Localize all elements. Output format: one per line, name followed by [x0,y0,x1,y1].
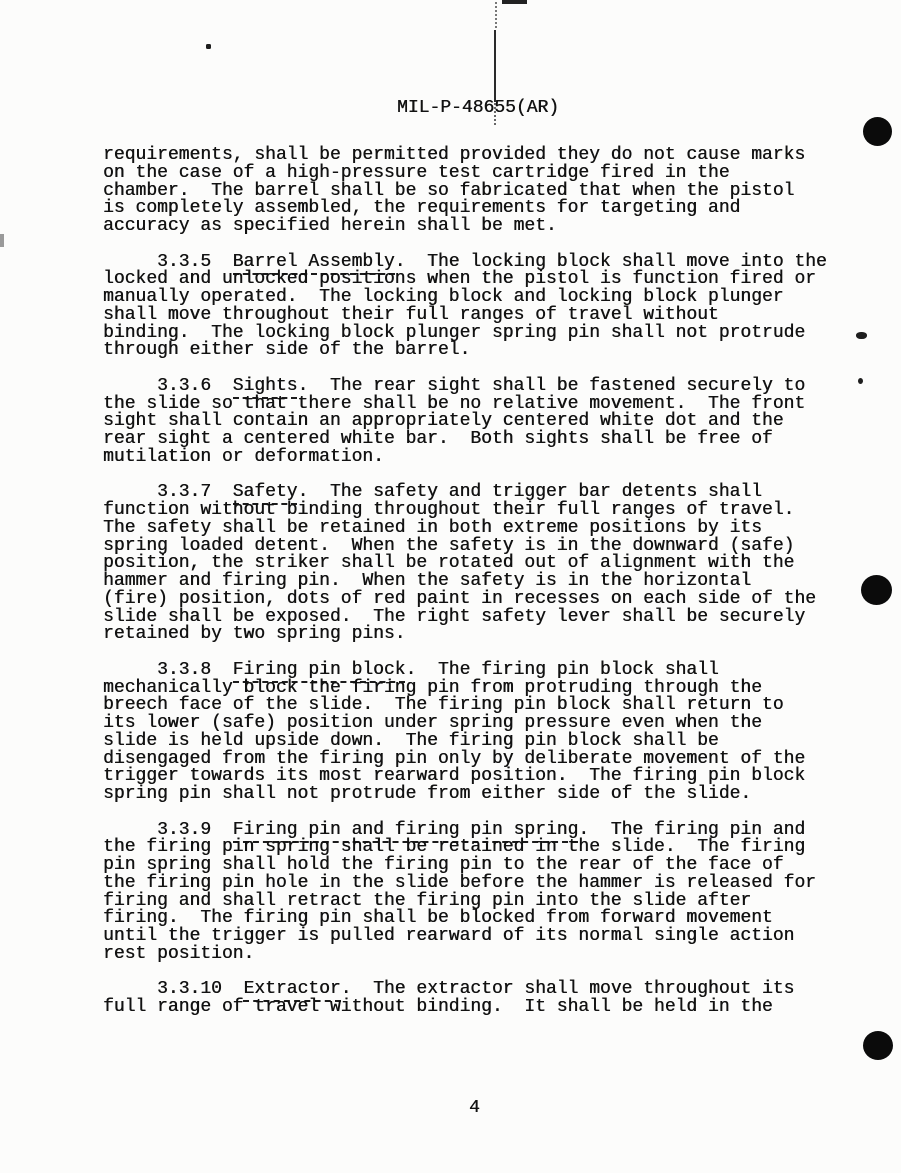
top-edge-mark [502,0,527,4]
document-page: MIL-P-48655(AR) requirements, shall be p… [0,0,901,1173]
intro-paragraph: requirements, shall be permitted provide… [103,147,863,236]
section-body: . The firing pin and the firing pin spri… [103,820,816,964]
punch-dot-icon [863,1031,893,1060]
paragraph-3-3-6: 3.3.6 Sights. The rear sight shall be fa… [103,378,863,467]
punch-dot-icon [863,117,892,146]
fold-line-dotted-top [495,2,497,28]
paragraph-3-3-10: 3.3.10 Extractor. The extractor shall mo… [103,981,863,1017]
document-body: requirements, shall be permitted provide… [103,147,863,1017]
page-number: 4 [469,1100,480,1118]
fold-line [494,30,496,102]
spec-number-header: MIL-P-48655(AR) [397,100,559,118]
paragraph-3-3-8: 3.3.8 Firing pin block. The firing pin b… [103,662,863,804]
paragraph-3-3-5: 3.3.5 Barrel Assembly. The locking block… [103,254,863,361]
scan-speck [0,234,4,247]
scan-speck [206,44,211,49]
scan-speck [858,378,863,384]
section-body: . The firing pin block shall mechanicall… [103,660,805,804]
scan-speck [856,332,867,339]
punch-dot-icon [861,575,892,605]
paragraph-3-3-9: 3.3.9 Firing pin and firing pin spring. … [103,822,863,964]
intro-text: requirements, shall be permitted provide… [103,145,805,236]
section-body: . The safety and trigger bar detents sha… [103,482,816,644]
paragraph-3-3-7: 3.3.7 Safety. The safety and trigger bar… [103,484,863,644]
